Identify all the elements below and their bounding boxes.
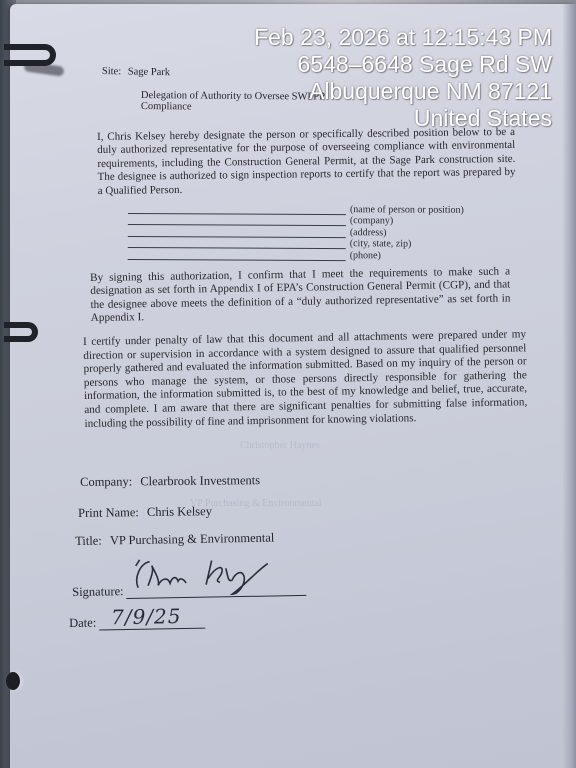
date-line: Date: 7/9/25 (69, 612, 205, 631)
company-value: Clearbrook Investments (140, 473, 260, 488)
designee-fields: (name of person or position) (company) (… (128, 202, 464, 262)
blank-line (128, 239, 346, 249)
blank-line (128, 205, 346, 215)
site-label: Site: (102, 66, 121, 77)
handwritten-date: 7/9/25 (111, 604, 182, 629)
field-label: (name of person or position) (350, 204, 464, 216)
field-label: (city, state, zip) (350, 239, 412, 250)
authorization-paragraph: By signing this authorization, I confirm… (90, 265, 511, 325)
signature-line: Signature: (72, 577, 307, 600)
designation-paragraph: I, Chris Kelsey hereby designate the per… (97, 126, 516, 198)
title-label: Title: (75, 534, 102, 548)
title-value: VP Purchasing & Environmental (110, 531, 275, 548)
designee-field: (city, state, zip) (128, 237, 464, 250)
date-field: 7/9/25 (99, 612, 205, 631)
print-name-value: Chris Kelsey (147, 504, 212, 519)
site-value: Sage Park (128, 66, 170, 78)
binder-ring-icon (4, 44, 56, 66)
stamp-country: United States (254, 105, 552, 132)
field-label: (phone) (350, 250, 381, 261)
print-name-label: Print Name: (78, 505, 139, 520)
signature-label: Signature: (72, 584, 124, 600)
designee-field: (name of person or position) (128, 202, 464, 215)
field-label: (address) (350, 227, 387, 238)
stamp-address-line1: 6548–6648 Sage Rd SW (254, 51, 552, 78)
blank-line (128, 216, 346, 226)
binder-ring-icon (4, 322, 38, 342)
company-line: Company: Clearbrook Investments (80, 473, 260, 490)
field-label: (company) (350, 215, 393, 226)
designee-field: (address) (128, 225, 464, 238)
handwritten-signature (128, 553, 309, 600)
stamp-datetime: Feb 23, 2026 at 12:15:43 PM (254, 24, 552, 51)
certification-paragraph: I certify under penalty of law that this… (83, 328, 528, 431)
print-name-line: Print Name: Chris Kelsey (78, 504, 212, 521)
blank-line (128, 251, 346, 261)
designee-field: (phone) (128, 248, 464, 261)
designee-field: (company) (128, 214, 464, 227)
blank-line (128, 228, 346, 238)
photo-timestamp-overlay: Feb 23, 2026 at 12:15:43 PM 6548–6648 Sa… (254, 24, 552, 132)
stamp-address-line2: Albuquerque NM 87121 (254, 78, 552, 105)
show-through-text: Christopher Haynes (240, 440, 320, 451)
company-label: Company: (80, 474, 132, 489)
binder-hole-icon (6, 672, 20, 690)
page-stack-edge (562, 4, 576, 768)
site-line: Site: Sage Park (102, 66, 170, 78)
date-label: Date: (69, 616, 96, 631)
signature-field (126, 577, 306, 599)
